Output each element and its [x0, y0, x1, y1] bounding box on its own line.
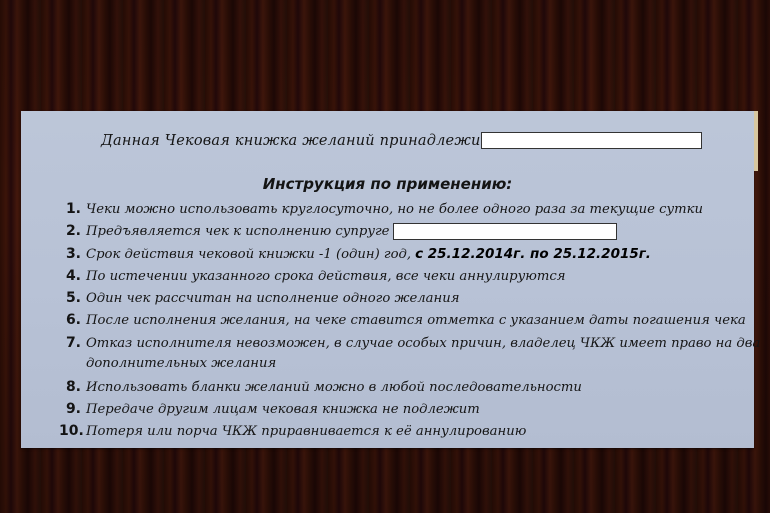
item-number: 7. — [59, 333, 81, 353]
list-item: 5.Один чек рассчитан на исполнение одног… — [59, 288, 744, 310]
list-item: 3.Срок действия чековой книжки -1 (один)… — [59, 244, 744, 266]
item-number: 5. — [59, 288, 81, 308]
item-text: Предъявляется чек к исполнению супруге — [86, 224, 389, 239]
instructions-list: 1.Чеки можно использовать круглосуточно,… — [59, 199, 744, 444]
item-number: 2. — [59, 221, 81, 241]
spouse-name-field[interactable] — [393, 223, 617, 240]
item-text: Срок действия чековой книжки -1 (один) г… — [86, 247, 411, 262]
owner-name-field[interactable] — [481, 132, 702, 149]
list-item: 6.После исполнения желания, на чеке став… — [59, 310, 744, 332]
item-text: Потеря или порча ЧКЖ приравнивается к её… — [86, 424, 526, 439]
item-number: 4. — [59, 266, 81, 286]
item-number: 9. — [59, 399, 81, 419]
paper-edge — [754, 111, 758, 171]
list-item: 1.Чеки можно использовать круглосуточно,… — [59, 199, 744, 221]
list-item: 7.Отказ исполнителя невозможен, в случае… — [59, 333, 744, 377]
item-number: 8. — [59, 377, 81, 397]
item-text: Использовать бланки желаний можно в любо… — [86, 380, 582, 395]
item-number: 3. — [59, 244, 81, 264]
item-text: После исполнения желания, на чеке ставит… — [86, 313, 746, 328]
item-text: Один чек рассчитан на исполнение одного … — [86, 291, 459, 306]
item-text: Отказ исполнителя невозможен, в случае о… — [86, 336, 760, 351]
item-text: Чеки можно использовать круглосуточно, н… — [86, 202, 703, 217]
item-text: По истечении указанного срока действия, … — [86, 269, 566, 284]
item-number: 10. — [59, 421, 81, 441]
item-text-continuation: дополнительных желания — [59, 354, 744, 374]
owner-label: Данная Чековая книжка желаний принадлежи… — [101, 133, 495, 149]
list-item: 8.Использовать бланки желаний можно в лю… — [59, 377, 744, 399]
list-item: 2.Предъявляется чек к исполнению супруге — [59, 221, 744, 243]
wish-checkbook-instruction-sheet: Данная Чековая книжка желаний принадлежи… — [21, 111, 754, 448]
list-item: 9.Передаче другим лицам чековая книжка н… — [59, 399, 744, 421]
list-item: 10.Потеря или порча ЧКЖ приравнивается к… — [59, 421, 744, 443]
item-number: 6. — [59, 310, 81, 330]
list-item: 4.По истечении указанного срока действия… — [59, 266, 744, 288]
item-text: Передаче другим лицам чековая книжка не … — [86, 402, 480, 417]
item-number: 1. — [59, 199, 81, 219]
instructions-heading: Инструкция по применению: — [21, 175, 754, 193]
validity-period: с 25.12.2014г. по 25.12.2015г. — [415, 246, 651, 262]
